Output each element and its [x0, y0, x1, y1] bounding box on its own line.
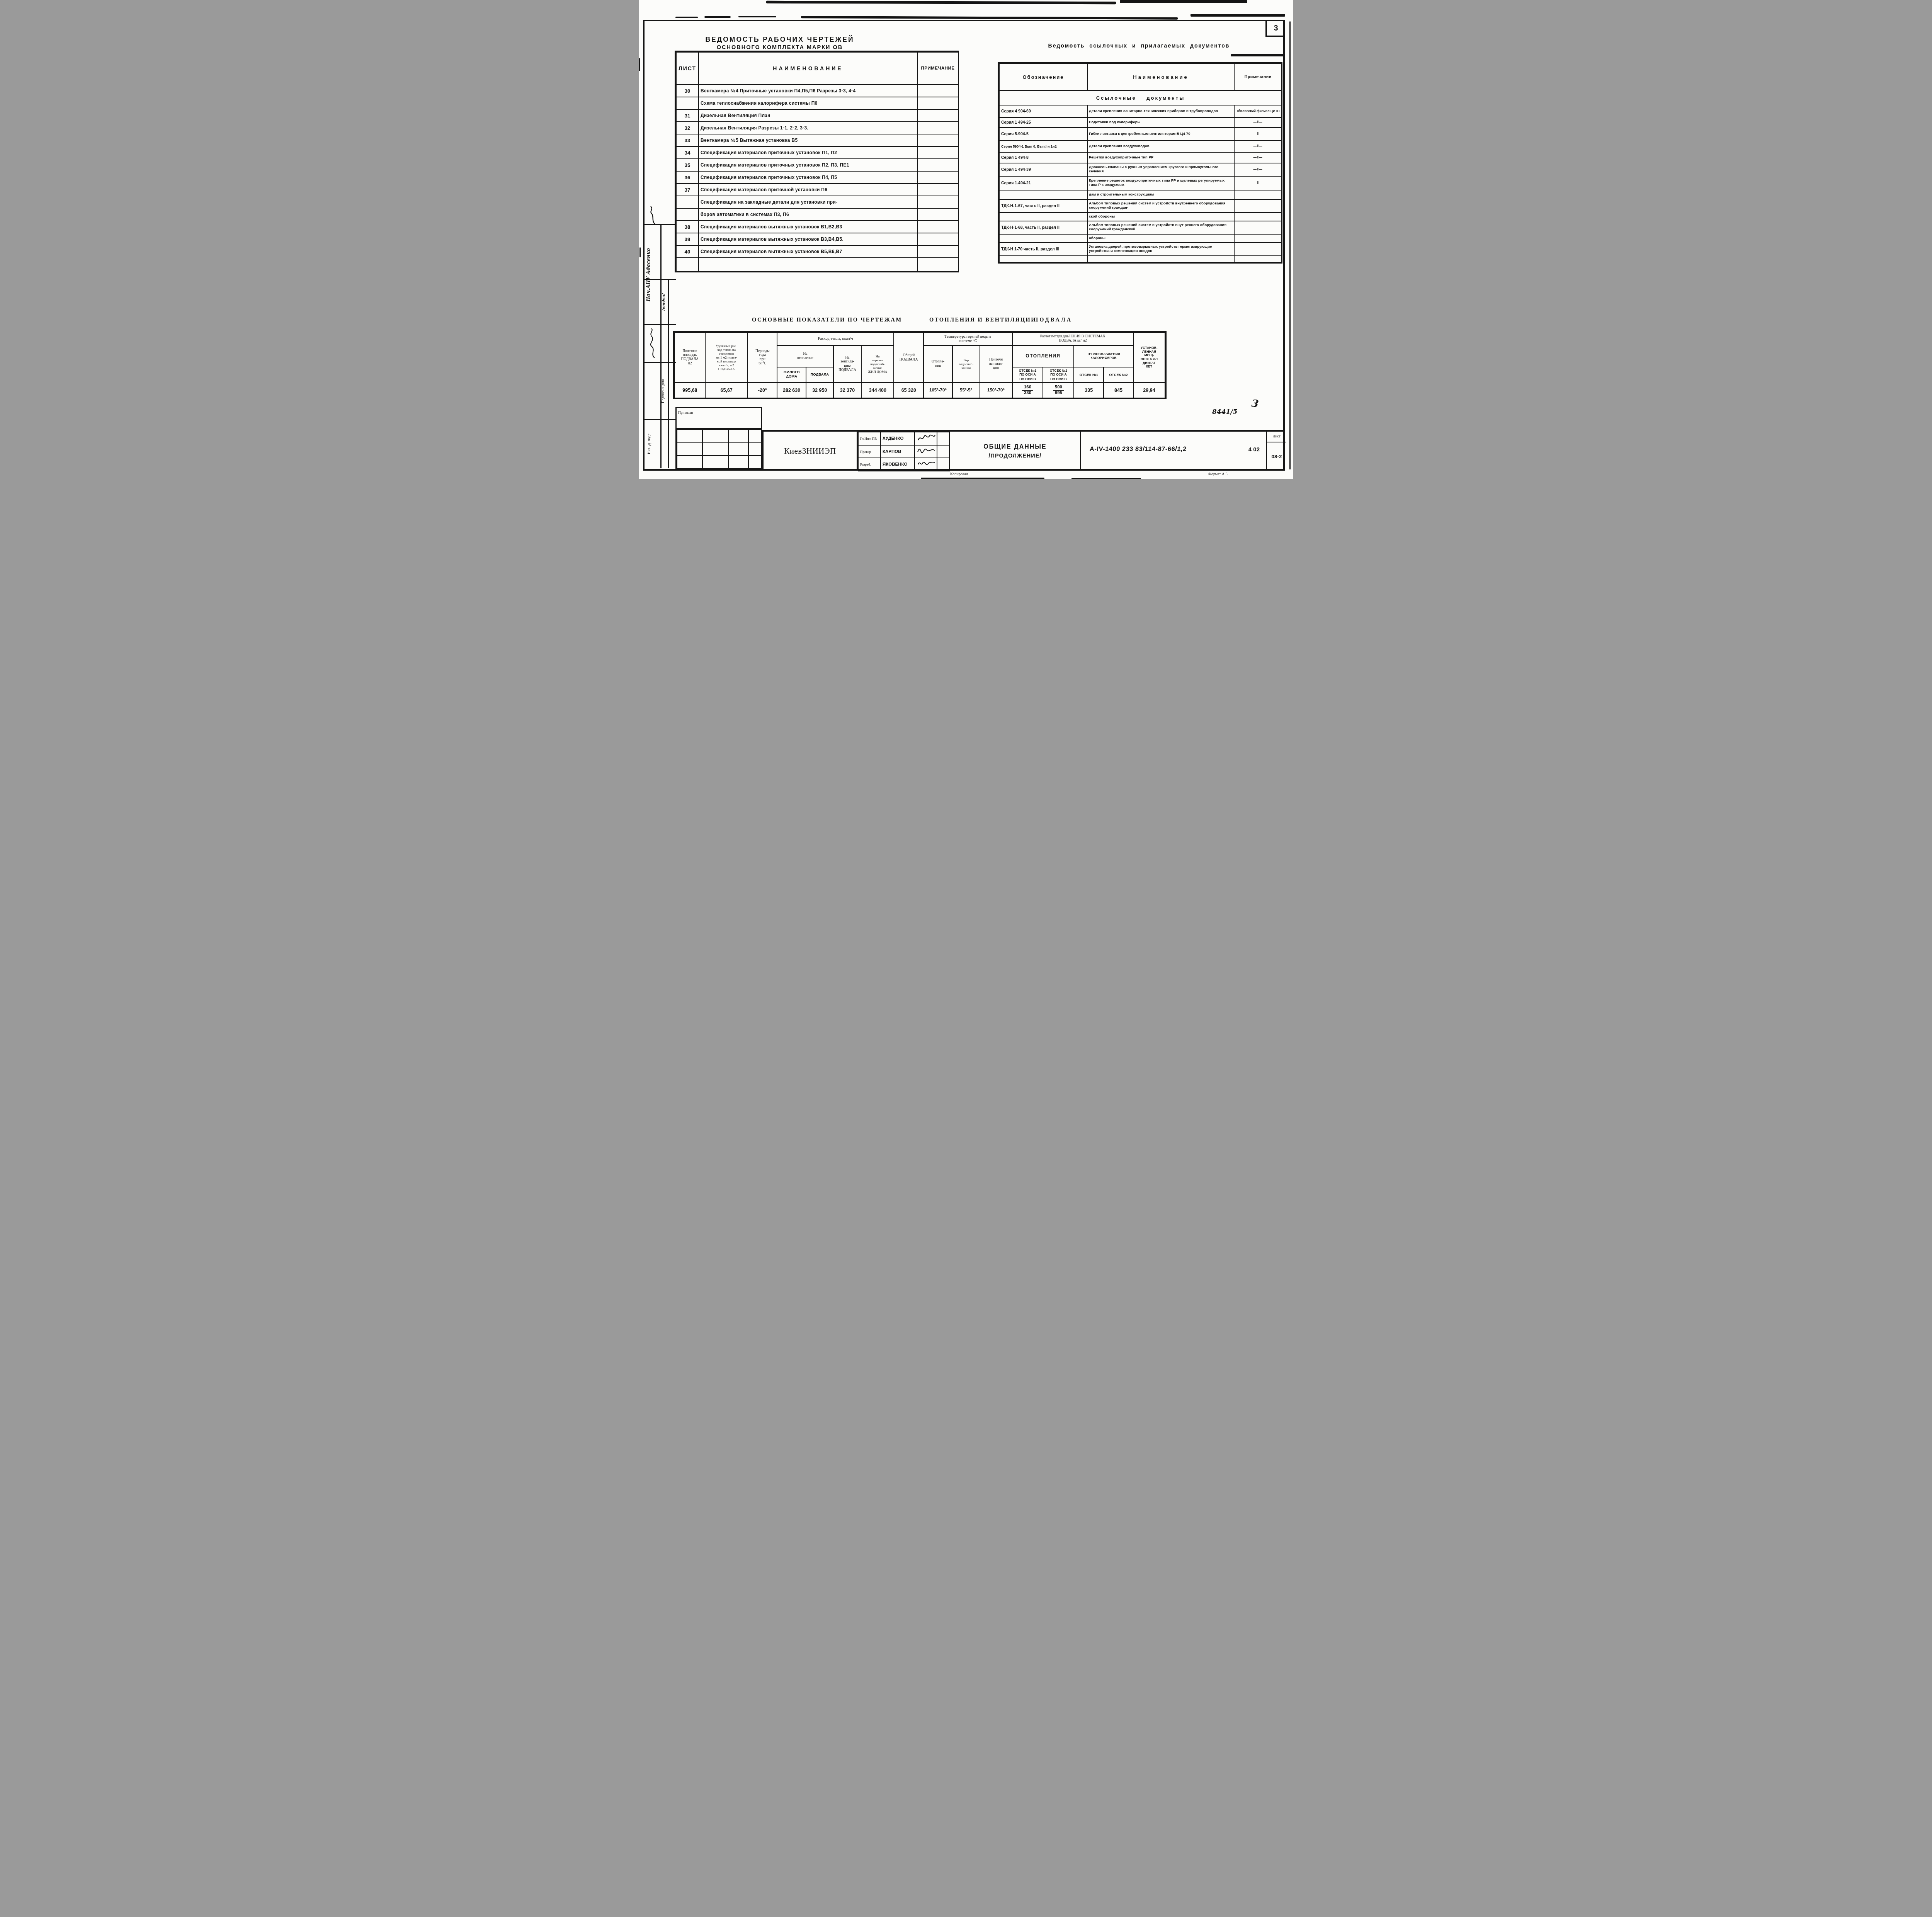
header-heating: На отопление [777, 345, 833, 367]
signature-cell [915, 445, 937, 458]
name-cell: Дизельная Вентиляция План [699, 109, 917, 122]
code-cell: Серия 1 494-8 [999, 152, 1087, 163]
table-row: ТДК-Н-1-67, часть II, раздел IIАльбом ти… [999, 199, 1282, 213]
table-row: 30Венткамера №4 Приточные установки П4,П… [676, 85, 958, 97]
sheet-cell [676, 196, 699, 208]
note-cell [917, 171, 958, 184]
name-cell: Спецификация материалов вытяжных установ… [699, 245, 917, 258]
date-cell [937, 432, 949, 445]
note-cell: Тбилисский филиал ЦИТП [1234, 105, 1282, 117]
code-cell: Серия 5904-1 Вып 0, Вып.I и 1и2 [999, 141, 1087, 152]
header-temp-group: Температура горячей воды в системе °С [923, 332, 1012, 345]
name-cell: ской обороны [1087, 213, 1234, 221]
code-cell: Серия 1 494-25 [999, 117, 1087, 128]
scan-artifact [704, 16, 731, 18]
sheet-cell [676, 208, 699, 221]
name-cell: Спецификация материалов приточных устано… [699, 159, 917, 171]
table-row: 36Спецификация материалов приточных уста… [676, 171, 958, 184]
table-row: 39Спецификация материалов вытяжных устан… [676, 233, 958, 245]
document-title-cell: ОБЩИЕ ДАННЫЕ /ПРОДОЛЖЕНИЕ/ [949, 432, 1081, 471]
code-cell [999, 234, 1087, 243]
margin-line [645, 419, 676, 420]
name-cell: Гибкие вставки к центробежным вентилятор… [1087, 128, 1234, 141]
signature-icon [647, 205, 658, 226]
value-heat-vent: 32 370 [833, 383, 862, 398]
name-cell: Спецификация материалов вытяжных установ… [699, 221, 917, 233]
name-cell: Венткамера №4 Приточные установки П4,П5,… [699, 85, 917, 97]
sheet-cell: 38 [676, 221, 699, 233]
header-section1: ОТСЕК №1 ПО ОСИ А ПО ОСИ В [1012, 367, 1043, 383]
code-cell [999, 190, 1087, 199]
table-row: дам и строительным конструкциям [999, 190, 1282, 199]
sheet-cell: 39 [676, 233, 699, 245]
table-row [999, 256, 1282, 262]
name-cell: обороны [1087, 234, 1234, 243]
table-row: ТДК-Н-1-68, часть II, раздел IIАльбом ти… [999, 221, 1282, 234]
worklist-title: ВЕДОМОСТЬ РАБОЧИХ ЧЕРТЕЖЕЙ ОСНОВНОГО КОМ… [697, 36, 863, 51]
table-row: боров автоматики в системах П3, П6 [676, 208, 958, 221]
name-cell: Спецификация на закладные детали для уст… [699, 196, 917, 208]
table-row: Серия 1 494-39Дроссель-клапаны с ручным … [999, 163, 1282, 176]
margin-approver: Нач.АПУ Адасенко [645, 226, 660, 323]
column-header: Наименование [1087, 63, 1234, 90]
header-total: Общий ПОДВАЛА [894, 332, 923, 383]
page-number-box: 3 [1265, 21, 1285, 37]
sheet-cell: 40 [676, 245, 699, 258]
fraction-numerator: 160 [1022, 385, 1033, 391]
reflist-title: Ведомость ссылочных и прилагаемых докуме… [998, 43, 1280, 49]
scan-artifact [1190, 14, 1285, 17]
ditto-cell: —‖— [1234, 176, 1282, 190]
code-cell: ТДК-Н 1-70 часть II, раздел III [999, 243, 1087, 256]
person-name: ХУДЕНКО [881, 432, 915, 445]
name-cell [699, 258, 917, 272]
note-cell [917, 134, 958, 146]
sheet-cell [676, 258, 699, 272]
person-name: КАРПОВ [881, 445, 915, 458]
name-cell: Дизельная Вентиляция Разрезы 1-1, 2-2, 3… [699, 122, 917, 134]
ditto-cell: —‖— [1234, 163, 1282, 176]
header-cal2: ОТСЕК №2 [1104, 367, 1133, 383]
grid-cell [728, 443, 748, 456]
scan-artifact [1120, 0, 1247, 3]
value-temp-hws: 55°-5° [952, 383, 980, 398]
ditto-cell: —‖— [1234, 141, 1282, 152]
grid-cell [748, 456, 761, 468]
name-cell: Альбом типовых решений систем и устройст… [1087, 199, 1234, 213]
grid-cell [702, 443, 728, 456]
value-heat-house: 282 630 [777, 383, 806, 398]
margin-inventory-label: Инв. № подл [648, 421, 654, 467]
value-heat-basement: 32 950 [806, 383, 833, 398]
fraction-numerator: 500 [1053, 385, 1064, 391]
grid-cell [677, 430, 702, 443]
column-header: Примечание [1234, 63, 1282, 90]
grid-cell [702, 430, 728, 443]
table-row: Серия 4 904-69Детали крепления санитарно… [999, 105, 1282, 117]
sheet-value: 08-2 [1267, 442, 1286, 470]
header-pressure-heating: ОТОПЛЕНИЯ [1012, 345, 1074, 367]
header-house: ЖИЛОГО ДОМА [777, 367, 806, 383]
signature-table: Гл.Инж ПР. ХУДЕНКО Провер КАРПОВ [858, 432, 949, 471]
grid-cell [748, 430, 761, 443]
scan-artifact [1071, 478, 1141, 479]
organization-cell: КиевЗНИИЭП [764, 432, 858, 471]
name-cell: Спецификация материалов приточных устано… [699, 146, 917, 159]
header-area: Полезная площадь ПОДВАЛА м2 [675, 332, 705, 383]
column-header: НАИМЕНОВАНИЕ [699, 52, 917, 85]
name-cell: дам и строительным конструкциям [1087, 190, 1234, 199]
role-label: Гл.Инж ПР. [858, 432, 881, 445]
name-cell: Дроссель-клапаны с ручным управлением кр… [1087, 163, 1234, 176]
header-period: Периоды года при tн °С [748, 332, 777, 383]
fraction-denominator: 330 [1022, 391, 1033, 396]
header-basement: ПОДВАЛА [806, 367, 833, 383]
section-row: Ссылочные документы [999, 90, 1282, 105]
organization-name: КиевЗНИИЭП [784, 446, 836, 456]
name-cell: Подставки под калориферы [1087, 117, 1234, 128]
code-cell: ТДК-Н-1-67, часть II, раздел II [999, 199, 1087, 213]
value-pressure-sec2: 500895 [1043, 383, 1074, 398]
code-cell: Серия 4 904-69 [999, 105, 1087, 117]
header-power: УСТАНОВ- ЛЕННАЯ МОЩ- НОСТЬ ЭЛ ДВИГАТ КВТ [1133, 332, 1165, 383]
grid-cell [728, 456, 748, 468]
indicators-table: Полезная площадь ПОДВАЛА м2 Удельный рас… [673, 331, 1167, 399]
name-cell: Крепление решеток воздухоприточных типа … [1087, 176, 1234, 190]
privyazan-label: Привязан [678, 411, 693, 415]
note-cell [917, 146, 958, 159]
grid-cell [677, 456, 702, 468]
header-row-1: Полезная площадь ПОДВАЛА м2 Удельный рас… [675, 332, 1165, 345]
grid-cell [748, 443, 761, 456]
table-row: Серия 5.904-5Гибкие вставки к центробежн… [999, 128, 1282, 141]
signature-icon [917, 459, 936, 468]
sheet-label: Лист [1267, 432, 1286, 442]
table-row: Серия 1.494-21Крепление решеток воздухоп… [999, 176, 1282, 190]
column-header: Обозначение [999, 63, 1087, 90]
value-cal1: 335 [1074, 383, 1104, 398]
value-heat-hws: 344 400 [861, 383, 894, 398]
header-specific: Удельный рас- ход тепла на отопление на … [705, 332, 748, 383]
worklist-table: ЛИСТ НАИМЕНОВАНИЕ ПРИМЕЧАНИЕ 30Венткамер… [675, 51, 959, 272]
signature-cell [915, 458, 937, 471]
value-specific: 65,67 [705, 383, 748, 398]
date-cell [937, 445, 949, 458]
ditto-cell: —‖— [1234, 152, 1282, 163]
table-row: Спецификация на закладные детали для уст… [676, 196, 958, 208]
name-cell: Решетки воздухоприточные тип РР [1087, 152, 1234, 163]
privyazan-cell: Привязан [677, 408, 761, 429]
section1-line1: ОТСЕК №1 [1014, 369, 1041, 373]
header-temp-hws: Гор водоснаб- жения [952, 345, 980, 383]
drawing-sheet: 3 Нач.АПУ Адасенко /отдел/ Подпись и дат… [639, 0, 1293, 479]
order-number-note: 8441/5 [1212, 408, 1237, 416]
name-cell: Венткамера №5 Вытяжная установка В5 [699, 134, 917, 146]
note-cell [917, 245, 958, 258]
name-cell [1087, 256, 1234, 262]
date-cell [937, 458, 949, 471]
section-header: Ссылочные документы [999, 90, 1282, 105]
note-cell [917, 221, 958, 233]
margin-department: /отдел/ [662, 281, 668, 322]
worklist-title-line1: ВЕДОМОСТЬ РАБОЧИХ ЧЕРТЕЖЕЙ [697, 36, 863, 44]
table-row: Серия 1 494-8Решетки воздухоприточные ти… [999, 152, 1282, 163]
value-area: 995,68 [675, 383, 705, 398]
table-row: 37Спецификация материалов приточной уста… [676, 184, 958, 196]
revision-grid [677, 429, 762, 469]
section2-line3: ПО ОСИ В [1045, 377, 1072, 381]
table-row: Схема теплоснабжения калорифера системы … [676, 97, 958, 109]
sheet-cell: 36 [676, 171, 699, 184]
table-row: ТДК-Н 1-70 часть II, раздел IIIУстановка… [999, 243, 1282, 256]
name-cell: боров автоматики в системах П3, П6 [699, 208, 917, 221]
value-power: 29,94 [1133, 383, 1165, 398]
value-total: 65 320 [894, 383, 923, 398]
margin-divider [660, 225, 662, 468]
table-row [676, 258, 958, 272]
ditto-cell: —‖— [1234, 128, 1282, 141]
scan-artifact [639, 58, 640, 71]
sheet-cell: 33 [676, 134, 699, 146]
header-temp-vent: Приточн вентиля- ции [980, 345, 1012, 383]
scan-artifact [1289, 21, 1291, 469]
value-period: -20° [748, 383, 777, 398]
table-row: 35Спецификация материалов приточных уста… [676, 159, 958, 171]
signature-icon [917, 446, 936, 455]
table-row: Серия 1 494-25Подставки под калориферы—‖… [999, 117, 1282, 128]
indicators-title-1: ОСНОВНЫЕ ПОКАЗАТЕЛИ ПО ЧЕРТЕЖАМ [752, 317, 902, 323]
section1-line2: ПО ОСИ А [1019, 373, 1036, 377]
margin-divider [668, 279, 669, 468]
note-cell [917, 97, 958, 109]
grid-cell [728, 430, 748, 443]
margin-line [645, 362, 676, 363]
note-cell [917, 85, 958, 97]
indicators-title-3: ПОДВАЛА [1034, 317, 1072, 323]
code-cell [999, 213, 1087, 221]
table-row: обороны [999, 234, 1282, 243]
section1-line3: ПО ОСИ В [1014, 377, 1041, 381]
table-row: 32Дизельная Вентиляция Разрезы 1-1, 2-2,… [676, 122, 958, 134]
code-cell: Серия 5.904-5 [999, 128, 1087, 141]
name-cell: Спецификация материалов вытяжных установ… [699, 233, 917, 245]
column-header: ЛИСТ [676, 52, 699, 85]
format-label: Формат А 3 [1208, 472, 1228, 476]
section2-line2: ПО ОСИ А [1050, 373, 1066, 377]
code-cell: ТДК-Н-1-68, часть II, раздел II [999, 221, 1087, 234]
reflist-table: Обозначение Наименование Примечание Ссыл… [998, 62, 1282, 264]
note-cell [917, 122, 958, 134]
worklist-title-line2: ОСНОВНОГО КОМПЛЕКТА МАРКИ ОВ [697, 44, 863, 51]
privyazan-block: Привязан [675, 407, 762, 469]
fraction-denominator: 895 [1053, 391, 1064, 396]
table-row: 38Спецификация материалов вытяжных устан… [676, 221, 958, 233]
note-cell [1234, 221, 1282, 234]
header-temp-heating: Отопле- ния [923, 345, 952, 383]
margin-strip: Нач.АПУ Адасенко /отдел/ Подпись и дата … [645, 224, 676, 468]
value-temp-heating: 105°-70° [923, 383, 952, 398]
header-heat-group: Расход тепла, ккал/ч [777, 332, 894, 345]
header-calorifer-group: ТЕПЛОСНАБЖЕНИЯ КАЛОРИФЕРОВ [1074, 345, 1133, 367]
note-cell [917, 159, 958, 171]
document-number: А-IV-1400 233 83/114-87-66/1,2 [1089, 446, 1187, 453]
note-cell [917, 208, 958, 221]
name-cell: Детали крепления санитарно-технических п… [1087, 105, 1234, 117]
note-cell [1234, 243, 1282, 256]
note-cell [1234, 213, 1282, 221]
document-title-line2: /ПРОДОЛЖЕНИЕ/ [989, 453, 1042, 459]
sheet-cell: 37 [676, 184, 699, 196]
document-number-cell: А-IV-1400 233 83/114-87-66/1,2 4 02 [1081, 432, 1267, 471]
note-cell [917, 233, 958, 245]
column-header: ПРИМЕЧАНИЕ [917, 52, 958, 85]
sheet-cell: 34 [676, 146, 699, 159]
table-row: ской обороны [999, 213, 1282, 221]
name-cell: Спецификация материалов приточной устано… [699, 184, 917, 196]
value-temp-vent: 150°-70° [980, 383, 1012, 398]
grid-cell [677, 443, 702, 456]
title-block: КиевЗНИИЭП Гл.Инж ПР. ХУДЕНКО Провер КАР… [762, 430, 1285, 471]
note-cell [917, 109, 958, 122]
value-pressure-sec1: 160330 [1012, 383, 1043, 398]
scan-artifact [738, 16, 776, 17]
code-cell: Серия 1.494-21 [999, 176, 1087, 190]
scan-artifact [766, 1, 1116, 4]
section2-line1: ОТСЕК №2 [1045, 369, 1072, 373]
role-label: Разраб. [858, 458, 881, 471]
note-cell [1234, 199, 1282, 213]
table-header-row: ЛИСТ НАИМЕНОВАНИЕ ПРИМЕЧАНИЕ [676, 52, 958, 85]
sheet-cell: 30 [676, 85, 699, 97]
person-name: ЯКОВЕНКО [881, 458, 915, 471]
data-row: 995,68 65,67 -20° 282 630 32 950 32 370 … [675, 383, 1165, 398]
note-cell [917, 196, 958, 208]
header-hws: На горячее водоснаб- жение ЖИЛ ДОМА [861, 345, 894, 383]
scan-artifact [675, 17, 698, 18]
scan-artifact [921, 478, 1044, 479]
scan-artifact [639, 247, 641, 257]
table-row: 33Венткамера №5 Вытяжная установка В5 [676, 134, 958, 146]
sheet-cell [676, 97, 699, 109]
page-number: 3 [1274, 24, 1278, 33]
header-section2: ОТСЕК №2 ПО ОСИ А ПО ОСИ В [1043, 367, 1074, 383]
margin-sign-date-label: Подпись и дата [662, 364, 668, 418]
margin-line [645, 324, 676, 325]
note-cell [917, 258, 958, 272]
code-cell: Серия 1 494-39 [999, 163, 1087, 176]
note-cell [917, 184, 958, 196]
name-cell: Детали крепления воздуховодов [1087, 141, 1234, 152]
sheet-cell: 31 [676, 109, 699, 122]
table-header-row: Обозначение Наименование Примечание [999, 63, 1282, 90]
header-pressure-group: Расчет потеря давЛЕНИЯ В СИСТЕМАХ ПОДВАЛ… [1012, 332, 1133, 345]
code-cell [999, 256, 1087, 262]
table-row: Серия 5904-1 Вып 0, Вып.I и 1и2Детали кр… [999, 141, 1282, 152]
header-cal1: ОТСЕК №1 [1074, 367, 1104, 383]
note-cell [1234, 234, 1282, 243]
name-cell: Установка дверей, противовзрывных устрой… [1087, 243, 1234, 256]
handwriting-mark [647, 326, 658, 360]
signature-icon [917, 433, 936, 442]
note-cell [1234, 190, 1282, 199]
value-cal2: 845 [1104, 383, 1133, 398]
name-cell: Спецификация материалов приточных устано… [699, 171, 917, 184]
indicators-title-2: ОТОПЛЕНИЯ И ВЕНТИЛЯЦИИ [929, 317, 1036, 323]
document-title-line1: ОБЩИЕ ДАННЫЕ [983, 444, 1046, 451]
sheet-cell: 32 [676, 122, 699, 134]
table-row: 40Спецификация материалов вытяжных устан… [676, 245, 958, 258]
header-vent: На вентиля- цию ПОДВАЛА [833, 345, 862, 383]
ditto-cell: —‖— [1234, 117, 1282, 128]
role-label: Провер [858, 445, 881, 458]
note-cell [1234, 256, 1282, 262]
document-code: 4 02 [1248, 446, 1260, 453]
table-row: 31Дизельная Вентиляция План [676, 109, 958, 122]
sheet-cell-block: Лист 08-2 [1267, 432, 1286, 471]
scan-artifact [801, 16, 1178, 19]
signature-cell [915, 432, 937, 445]
name-cell: Альбом типовых решений систем и устройст… [1087, 221, 1234, 234]
name-cell: Схема теплоснабжения калорифера системы … [699, 97, 917, 109]
sheet-cell: 35 [676, 159, 699, 171]
table-row: 34Спецификация материалов приточных уста… [676, 146, 958, 159]
kopiroval-label: Копировал [950, 472, 968, 476]
grid-cell [702, 456, 728, 468]
